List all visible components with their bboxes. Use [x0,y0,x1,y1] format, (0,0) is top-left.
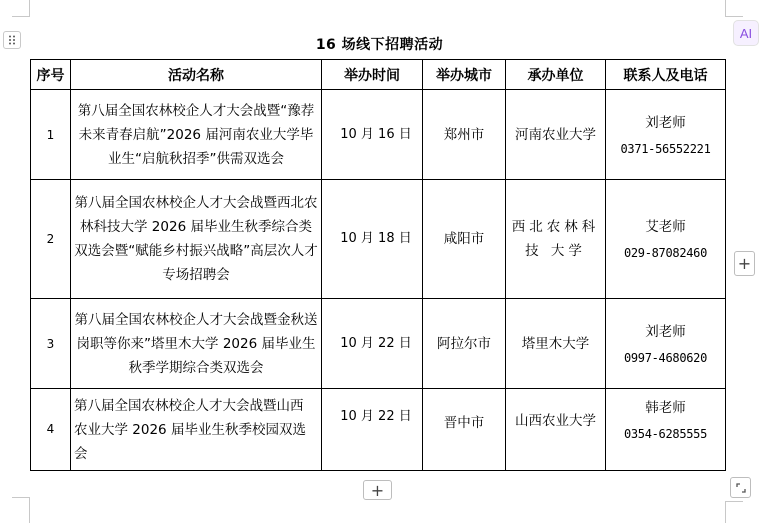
header-index: 序号 [31,60,71,90]
header-date: 举办时间 [322,60,423,90]
page-corner-mark-bottom-left [12,497,30,523]
contact-person: 刘老师 [606,321,725,343]
cell-index[interactable]: 2 [31,180,71,299]
cell-index[interactable]: 3 [31,299,71,389]
header-city: 举办城市 [423,60,506,90]
cell-contact[interactable]: 韩老师 0354-6285555 [606,389,726,471]
plus-icon: + [738,254,751,273]
recruitment-events-table: 序号 活动名称 举办时间 举办城市 承办单位 联系人及电话 1 第八届全国农林校… [30,59,726,471]
table-row: 1 第八届全国农林校企人才大会战暨“豫荐未来青春启航”2026 届河南农业大学毕… [31,90,726,180]
cell-contact[interactable]: 刘老师 0371-56552221 [606,90,726,180]
add-row-button[interactable]: + [363,480,392,500]
cell-city[interactable]: 阿拉尔市 [423,299,506,389]
header-contact: 联系人及电话 [606,60,726,90]
cell-city[interactable]: 晋中市 [423,389,506,471]
cell-contact[interactable]: 艾老师 029-87082460 [606,180,726,299]
contact-phone: 029-87082460 [606,244,725,262]
resize-corner-icon [736,483,746,493]
contact-phone: 0354-6285555 [606,425,725,443]
cell-event-name[interactable]: 第八届全国农林校企人才大会战暨西北农林科技大学 2026 届毕业生秋季综合类双选… [71,180,322,299]
contact-person: 韩老师 [606,397,725,419]
table-resize-button[interactable] [730,477,751,498]
cell-index[interactable]: 1 [31,90,71,180]
table-row: 3 第八届全国农林校企人才大会战暨金秋送岗职等你来”塔里木大学 2026 届毕业… [31,299,726,389]
page-corner-mark-top-left [12,0,30,17]
plus-icon: + [371,481,384,500]
table-row: 2 第八届全国农林校企人才大会战暨西北农林科技大学 2026 届毕业生秋季综合类… [31,180,726,299]
cell-event-name[interactable]: 第八届全国农林校企人才大会战暨“豫荐未来青春启航”2026 届河南农业大学毕业生… [71,90,322,180]
cell-organizer[interactable]: 塔里木大学 [506,299,606,389]
cell-date[interactable]: 10 月 22 日 [322,389,423,471]
cell-event-name[interactable]: 第八届全国农林校企人才大会战暨金秋送岗职等你来”塔里木大学 2026 届毕业生秋… [71,299,322,389]
page-corner-mark-bottom-right [725,501,743,523]
table-header-row: 序号 活动名称 举办时间 举办城市 承办单位 联系人及电话 [31,60,726,90]
cell-city[interactable]: 咸阳市 [423,180,506,299]
header-event-name: 活动名称 [71,60,322,90]
cell-organizer[interactable]: 河南农业大学 [506,90,606,180]
header-organizer: 承办单位 [506,60,606,90]
cell-organizer[interactable]: 山西农业大学 [506,389,606,471]
add-column-button[interactable]: + [734,251,755,276]
document-title: 16 场线下招聘活动 [0,34,759,54]
table-row: 4 第八届全国农林校企人才大会战暨山西 农业大学 2026 届毕业生秋季校园双选… [31,389,726,471]
page-corner-mark-top-right [725,0,743,17]
cell-index[interactable]: 4 [31,389,71,471]
contact-phone: 0371-56552221 [606,140,725,158]
contact-person: 刘老师 [606,112,725,134]
contact-person: 艾老师 [606,216,725,238]
cell-date[interactable]: 10 月 18 日 [322,180,423,299]
cell-organizer[interactable]: 西北农林科技 大学 [506,180,606,299]
contact-phone: 0997-4680620 [606,349,725,367]
cell-contact[interactable]: 刘老师 0997-4680620 [606,299,726,389]
cell-city[interactable]: 郑州市 [423,90,506,180]
cell-date[interactable]: 10 月 22 日 [322,299,423,389]
cell-date[interactable]: 10 月 16 日 [322,90,423,180]
cell-event-name[interactable]: 第八届全国农林校企人才大会战暨山西 农业大学 2026 届毕业生秋季校园双选会 [71,389,322,471]
